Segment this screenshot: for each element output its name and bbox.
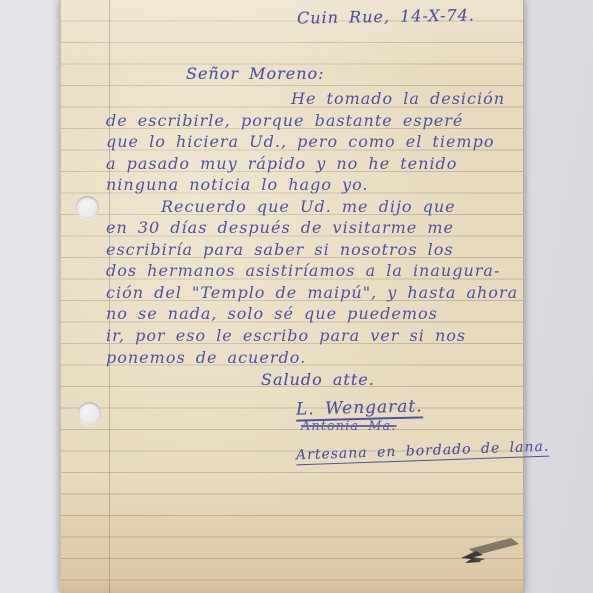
signature: L. Wengarat. bbox=[296, 396, 423, 421]
body-line: a pasado muy rápido y no he tenido bbox=[106, 153, 518, 175]
body-line: ir, por eso le escribo para ver si nos bbox=[106, 325, 518, 347]
salutation: Señor Moreno: bbox=[186, 64, 325, 83]
body-line: ninguna noticia lo hago yo. bbox=[106, 174, 518, 196]
body-line: dos hermanos asistiríamos a la inaugura- bbox=[106, 260, 518, 282]
body-line: Recuerdo que Ud. me dijo que bbox=[106, 196, 518, 218]
letter-body: He tomado la desición de escribirle, por… bbox=[106, 88, 518, 368]
body-line: de escribirle, porque bastante esperé bbox=[106, 110, 518, 132]
body-line: en 30 días después de visitarme me bbox=[106, 217, 518, 239]
body-line: ponemos de acuerdo. bbox=[106, 347, 518, 369]
letter-paper: Cuin Rue, 14-X-74. Señor Moreno: He toma… bbox=[60, 0, 524, 593]
signature-strikethrough: Antonia Ma. bbox=[301, 419, 396, 434]
hole-punch-top bbox=[76, 196, 99, 219]
body-line: que lo hiciera Ud., pero como el tiempo bbox=[106, 131, 518, 153]
body-line: escribiría para saber si nosotros los bbox=[106, 239, 518, 261]
hole-punch-bottom bbox=[78, 402, 101, 425]
body-line: ción del "Templo de maipú", y hasta ahor… bbox=[106, 282, 518, 304]
body-line: He tomado la desición bbox=[106, 88, 518, 110]
bird-stamp-icon bbox=[459, 532, 523, 570]
signature-role: Artesana en bordado de lana. bbox=[296, 439, 550, 466]
body-line: no se nada, solo sé que puedemos bbox=[106, 303, 518, 325]
date-line: Cuin Rue, 14-X-74. bbox=[297, 5, 475, 27]
closing-salute: Saludo atte. bbox=[261, 370, 375, 389]
